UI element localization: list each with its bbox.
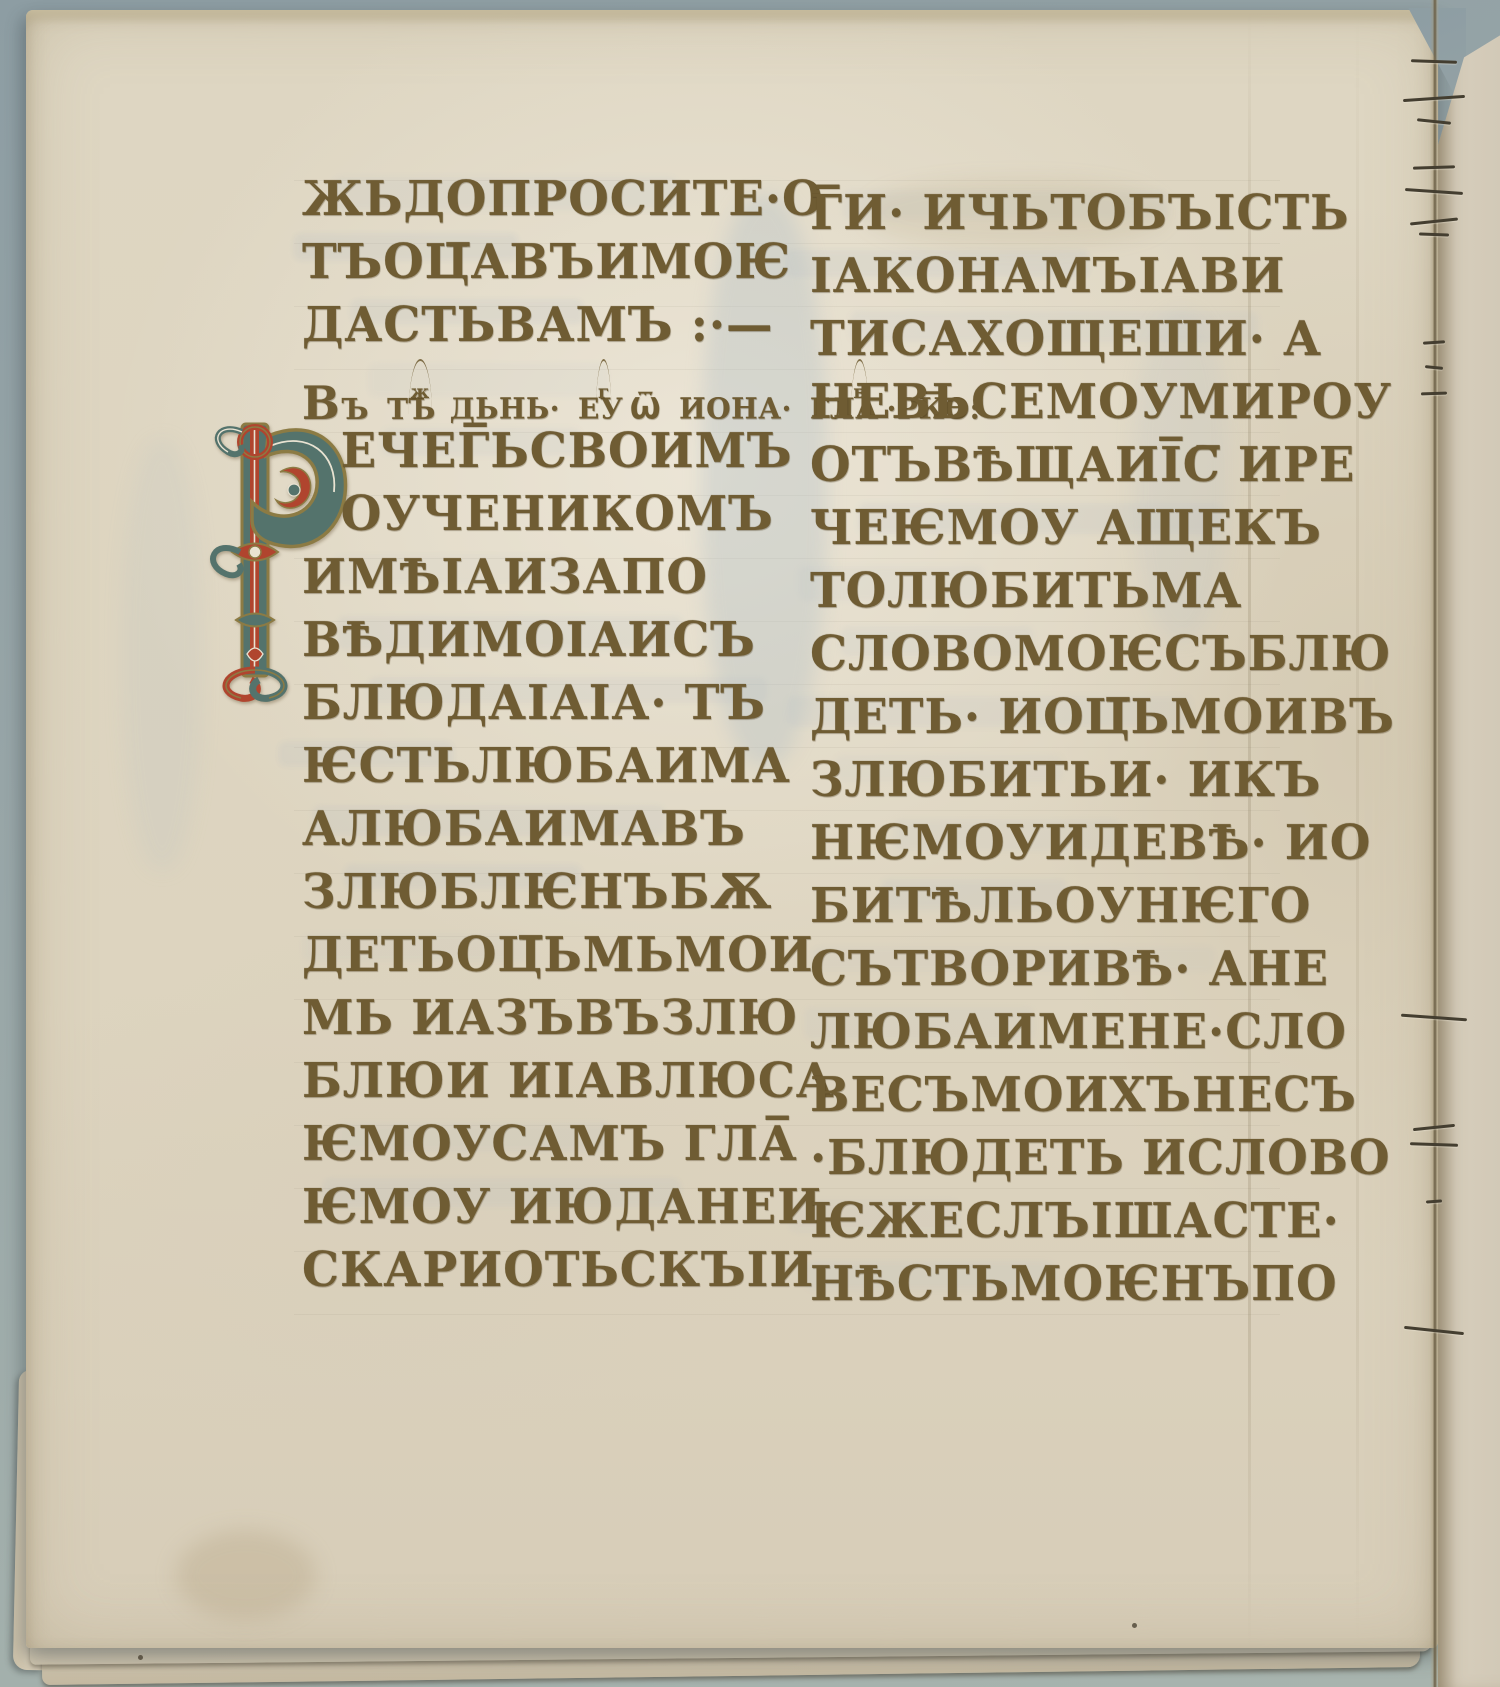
text-line: ·БЛЮДЕТЬ ИСЛОВО [810, 1127, 1395, 1190]
show-through-blotch [122, 440, 202, 870]
text-line: ОТЪВѢЩАИІ̅С̅ ИРЕ [810, 434, 1395, 497]
text-line: ТОЛЮБИТЬМА [810, 560, 1395, 623]
manuscript-page: ЖЬДОПРОСИТЕ·ОТЪОЦ̅АВЪИМОѤДАСТЬВАМЪ :·—ВЪ… [26, 10, 1438, 1648]
parchment-stain [176, 1530, 316, 1620]
ink-speck [138, 1655, 143, 1660]
text-line: ЛЮБАИМЕНЕ·СЛО [810, 1001, 1395, 1064]
text-line: ѤЖЕСЛЪІШАСТЕ· [810, 1190, 1395, 1253]
text-line: НѤМОУИДЕВѢ· ИО [810, 812, 1395, 875]
text-column-right: Г̅И· ИЧЬТОБЪІСТЬІАКОНАМЪІАВИТИСАХОЩЕШИ· … [810, 182, 1395, 1316]
adjacent-page-edge [1438, 0, 1500, 1687]
text-line: НЕВЬСЕМОУМИРОУ [810, 371, 1395, 434]
superscript-letter: г [596, 359, 612, 424]
text-line: СЛОВОМОѤСЪБЛЮ [810, 623, 1395, 686]
text-line: ДЕТЬ· ИОЦ̅ЬМОИВЪ [810, 686, 1395, 749]
manuscript-photo: ЖЬДОПРОСИТЕ·ОТЪОЦ̅АВЪИМОѤДАСТЬВАМЪ :·—ВЪ… [0, 0, 1500, 1687]
superscript-letter: ж [409, 359, 432, 424]
text-line: ЧЕѤМОУ АЩЕКЪ [810, 497, 1395, 560]
text-line: Г̅И· ИЧЬТОБЪІСТЬ [810, 182, 1395, 245]
text-line: НѢСТЬМОѤНЪПО [810, 1253, 1395, 1316]
text-line: ЗЛЮБИТЬИ· ИКЪ [810, 749, 1395, 812]
text-line: БИТѢЛЬОУНѤГО [810, 875, 1395, 938]
page-top-fold-edge [26, 10, 1438, 25]
binding-seam [1430, 0, 1439, 1687]
ink-speck [1132, 1623, 1137, 1628]
text-line: ІАКОНАМЪІАВИ [810, 245, 1395, 308]
text-line: СЪТВОРИВѢ· АНЕ [810, 938, 1395, 1001]
text-line: ТИСАХОЩЕШИ· А [810, 308, 1395, 371]
text-line: ВЕСЪМОИХЪНЕСЪ [810, 1064, 1395, 1127]
